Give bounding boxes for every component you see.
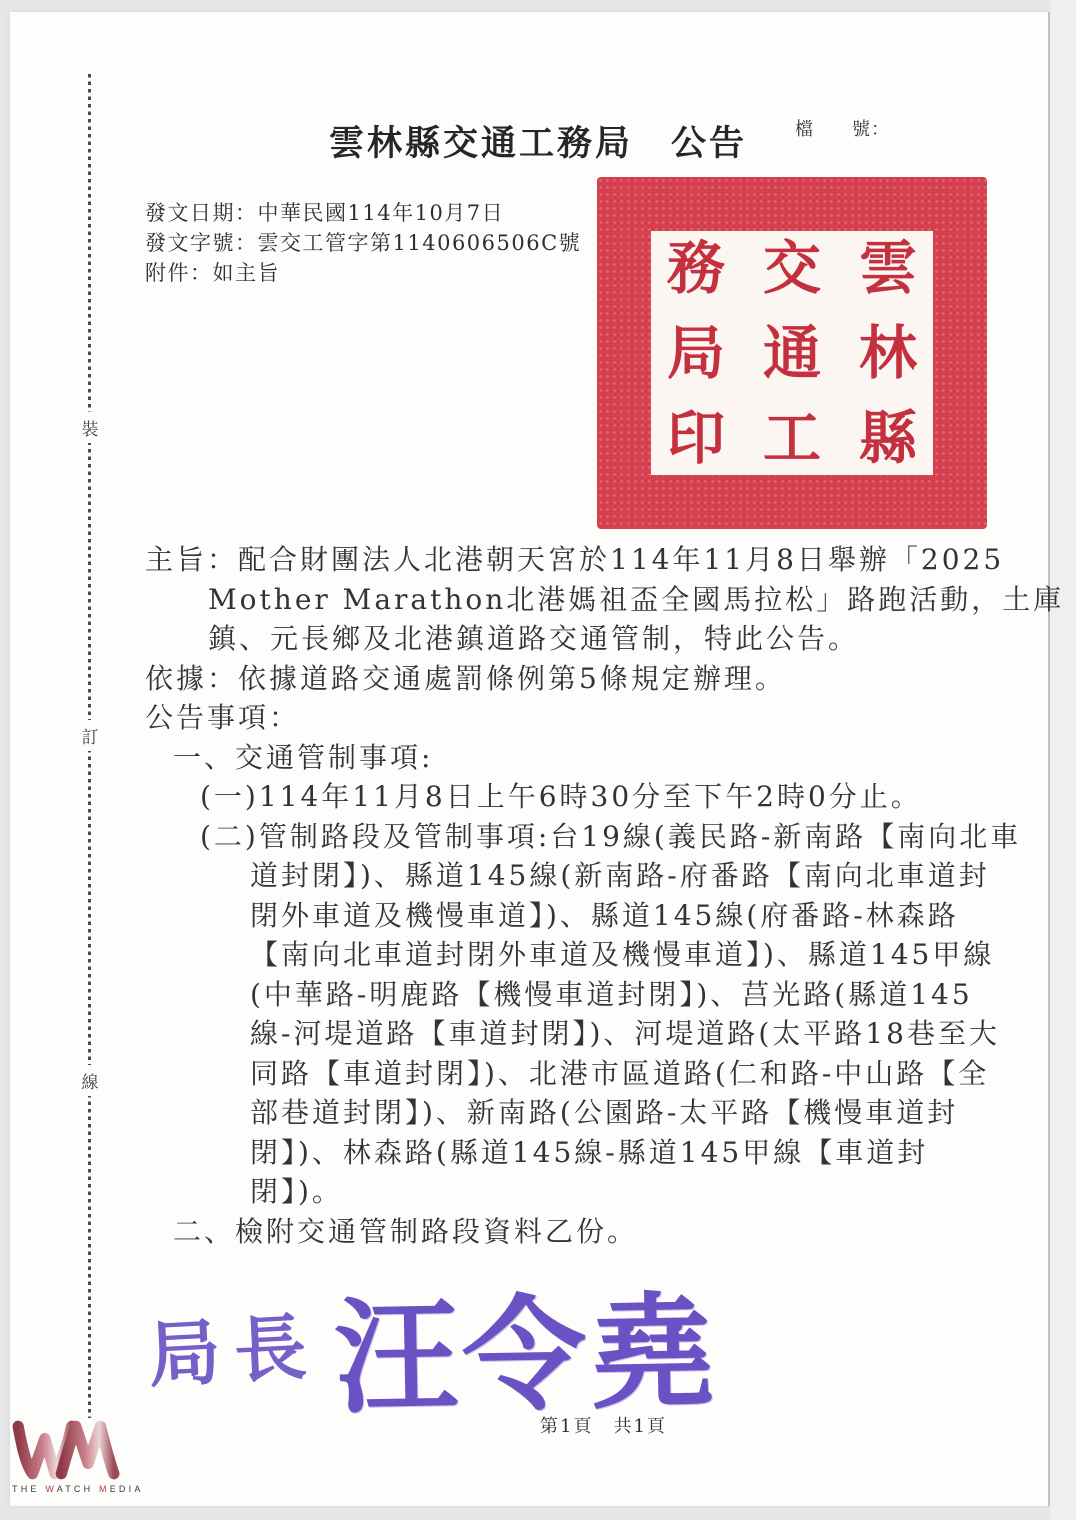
body-line: 二、檢附交通管制路段資料乙份。 [145,1212,985,1252]
body-line: 主旨：配合財團法人北港朝天宮於114年11月8日舉辦「2025 [145,540,985,580]
wm-logo-icon [12,1418,120,1482]
body-line: Mother Marathon北港媽祖盃全國馬拉松」路跑活動，土庫 [145,580,985,620]
body-line: 同路【車道封閉】)、北港市區道路(仁和路-中山路【全 [145,1054,985,1094]
seal-char: 工 [763,409,821,467]
scanned-announcement-photo: { "header": { "file_no_label": "檔 號：", "… [0,0,1076,1520]
watermark-letter-segment: W [45,1484,56,1494]
body-line: (中華路-明鹿路【機慢車道封閉】)、莒光路(縣道145 [145,975,985,1015]
body-line: 線-河堤道路【車道封閉】)、河堤道路(太平路18巷至大 [145,1014,985,1054]
seal-column: 交通工 [763,239,821,467]
seal-char: 印 [667,409,725,467]
seal-char: 交 [763,239,821,297]
body-line: 部巷道封閉】)、新南路(公園路-太平路【機慢車道封 [145,1093,985,1133]
body-line: (一)114年11月8日上午6時30分至下午2時0分止。 [145,777,985,817]
body-line: 道封閉】)、縣道145線(新南路-府番路【南向北車道封 [145,856,985,896]
meta-line: 發文日期：中華民國114年10月7日 [145,198,581,228]
signature-title: 局長 [145,1289,322,1402]
announcement-body: 主旨：配合財團法人北港朝天宮於114年11月8日舉辦「2025Mother Ma… [145,540,985,1251]
seal-char: 林 [859,324,917,382]
binding-char-xian: 線 [79,1065,101,1096]
seal-char: 雲 [859,239,917,297]
meta-line: 發文字號：雲交工管字第1140606506C號 [145,228,581,258]
meta-line: 附件：如主旨 [145,258,581,288]
seal-char: 局 [667,324,725,382]
watermark-text: THE WATCH MEDIA [12,1484,152,1494]
seal-char: 通 [763,324,821,382]
body-line: 閉】)、林森路(縣道145線-縣道145甲線【車道封 [145,1133,985,1173]
watermark-letter-segment: M [99,1484,110,1494]
page-title: 雲林縣交通工務局 公告 [100,116,976,166]
watermark-letter-segment: THE [12,1484,45,1494]
page-number: 第1頁 共1頁 [540,1412,667,1438]
seal-column: 雲林縣 [859,239,917,467]
body-line: 閉】)。 [145,1172,985,1212]
body-line: 【南向北車道封閉外車道及機慢車道】)、縣道145甲線 [145,935,985,975]
body-line: (二)管制路段及管制事項:台19線(義民路-新南路【南向北車 [145,817,985,857]
seal-column: 務局印 [667,239,725,467]
binding-char-zhuang: 裝 [79,412,101,443]
body-line: 公告事項： [145,698,985,738]
body-line: 鎮、元長鄉及北港鎮道路交通管制，特此公告。 [145,619,985,659]
watermark-letter-segment: ATCH [57,1484,99,1494]
photo-background-edge [1050,0,1076,1520]
body-line: 一、交通管制事項: [145,738,985,778]
signature-name: 汪令堯 [332,1253,719,1438]
seal-char: 務 [667,239,725,297]
issue-meta-block: 發文日期：中華民國114年10月7日發文字號：雲交工管字第1140606506C… [145,198,581,288]
agency-seal-stamp: 雲林縣交通工務局印 [597,177,987,529]
watermark: THE WATCH MEDIA [12,1418,152,1494]
binding-char-ding: 訂 [79,720,101,751]
body-line: 依據：依據道路交通處罰條例第5條規定辦理。 [145,659,985,699]
watermark-letter-segment: EDIA [110,1484,144,1494]
seal-characters: 雲林縣交通工務局印 [651,231,933,475]
seal-char: 縣 [859,409,917,467]
director-signature-stamp: 局長 汪令堯 [148,1256,718,1434]
body-line: 閉外車道及機慢車道】)、縣道145線(府番路-林森路 [145,896,985,936]
